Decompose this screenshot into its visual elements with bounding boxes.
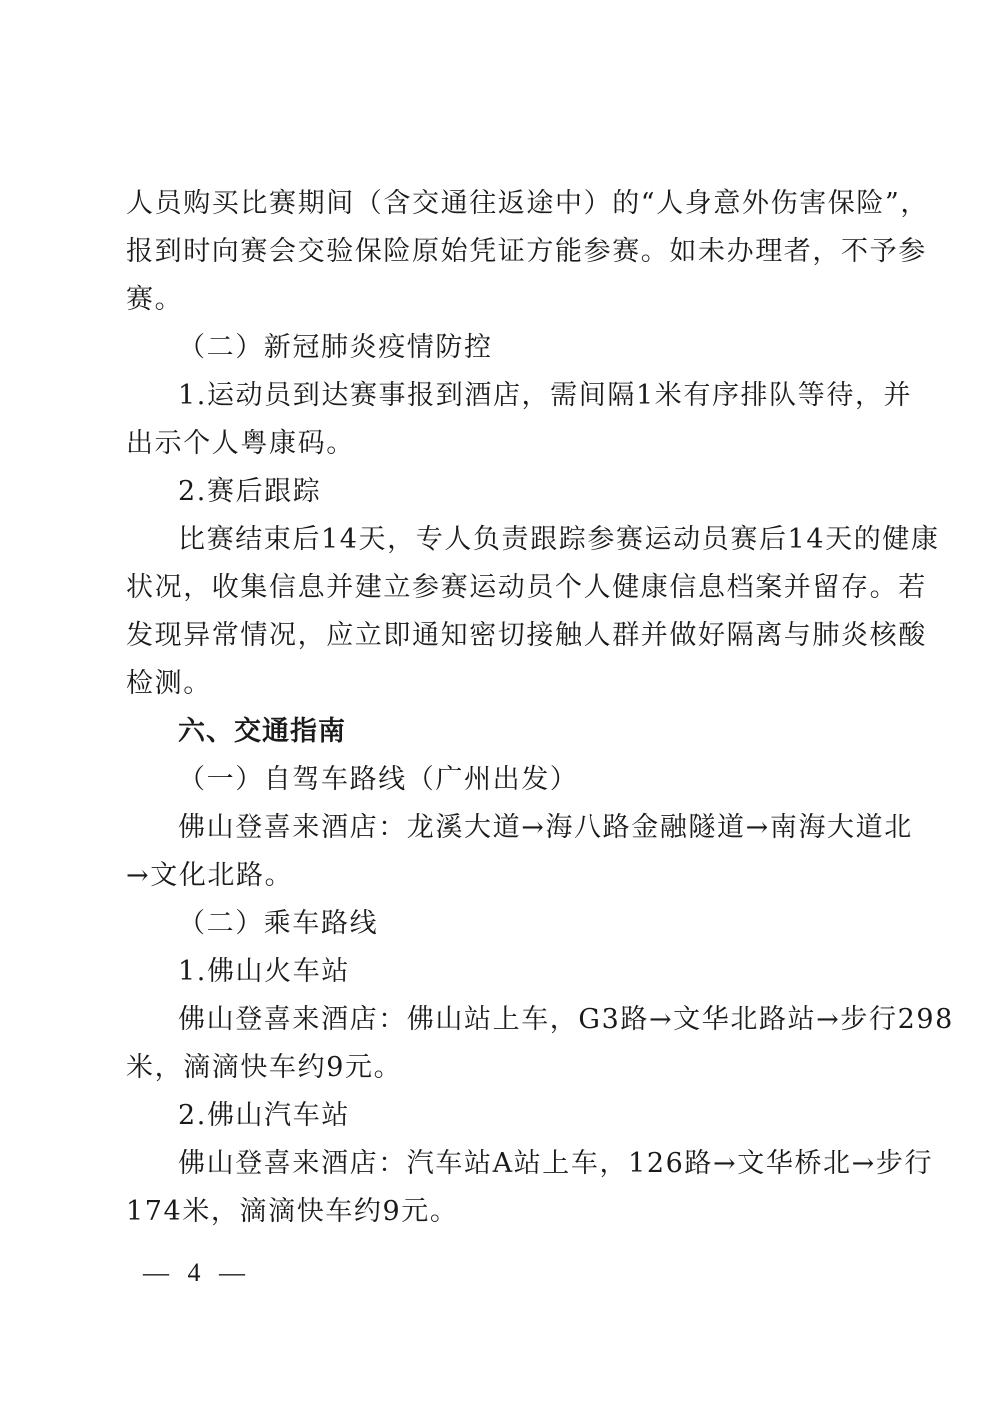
body-text-line: 米，滴滴快车约9元。 (126, 1051, 868, 1085)
page-number: — 4 — (143, 1258, 251, 1288)
body-text-line: 比赛结束后14天，专人负责跟踪参赛运动员赛后14天的健康 (178, 523, 868, 557)
body-text-line: 状况，收集信息并建立参赛运动员个人健康信息档案并留存。若 (126, 571, 868, 605)
list-item-bus-station: 2.佛山汽车站 (178, 1099, 868, 1133)
subsection-heading-covid-prevention: （二）新冠肺炎疫情防控 (178, 331, 868, 365)
section-heading-transport-guide: 六、交通指南 (178, 715, 868, 749)
body-text-line: 检测。 (126, 667, 868, 701)
body-text-line: 出示个人粤康码。 (126, 427, 868, 461)
body-text-line: 发现异常情况，应立即通知密切接触人群并做好隔离与肺炎核酸 (126, 619, 868, 653)
list-item-train-station: 1.佛山火车站 (178, 955, 868, 989)
body-text-line: 174米，滴滴快车约9元。 (126, 1195, 868, 1229)
document-page: 人员购买比赛期间（含交通往返途中）的“人身意外伤害保险”， 报到时向赛会交验保险… (0, 0, 1000, 1415)
body-text-line: →文化北路。 (126, 859, 868, 893)
body-text-line: 报到时向赛会交验保险原始凭证方能参赛。如未办理者，不予参 (126, 235, 868, 269)
body-text-line: 佛山登喜来酒店：龙溪大道→海八路金融隧道→南海大道北 (178, 811, 868, 845)
body-text-line: 佛山登喜来酒店：佛山站上车，G3路→文华北路站→步行298 (178, 1003, 868, 1037)
list-item-2: 2.赛后跟踪 (178, 475, 868, 509)
body-text-line: 人员购买比赛期间（含交通往返途中）的“人身意外伤害保险”， (126, 187, 868, 221)
subsection-heading-transit-route: （二）乘车路线 (178, 907, 868, 941)
body-text-line: 赛。 (126, 283, 868, 317)
subsection-heading-driving-route: （一）自驾车路线（广州出发） (178, 763, 868, 797)
list-item-1: 1.运动员到达赛事报到酒店，需间隔1米有序排队等待，并 (178, 379, 868, 413)
body-text-line: 佛山登喜来酒店：汽车站A站上车，126路→文华桥北→步行 (178, 1147, 868, 1181)
